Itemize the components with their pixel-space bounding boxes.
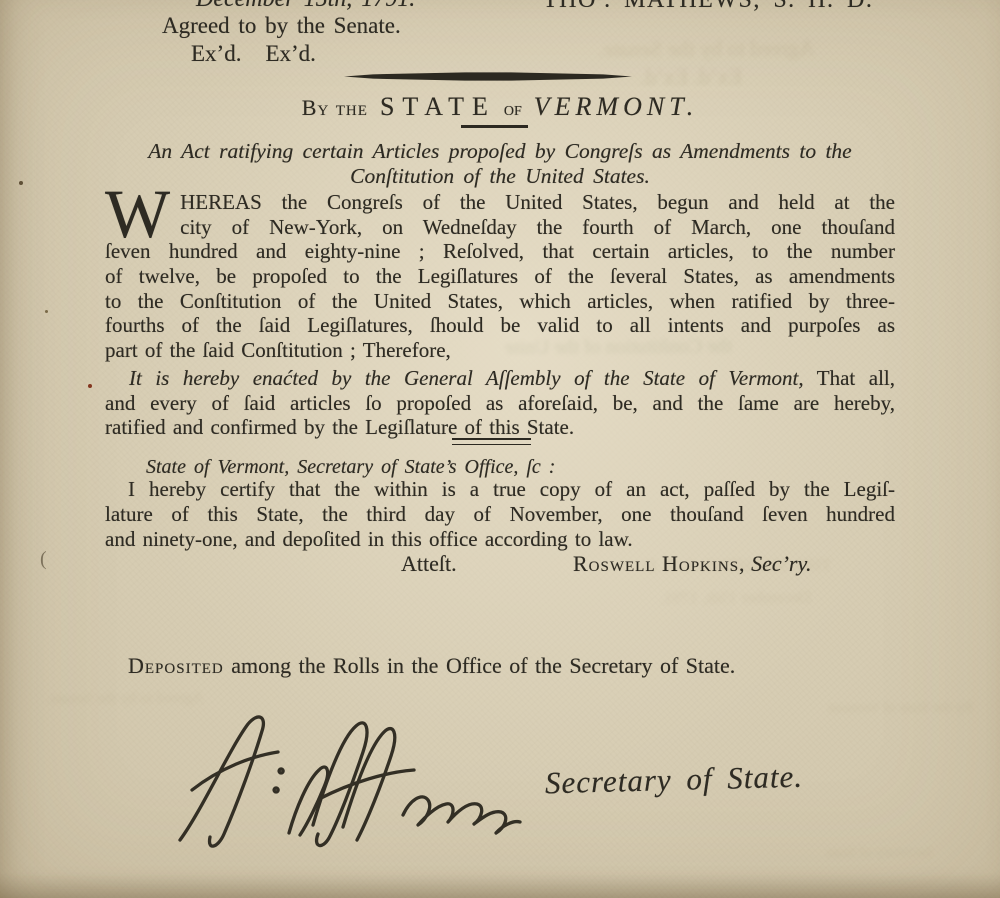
body-line: ſeven hundred and eighty-nine ; Reſolved… [105, 239, 895, 264]
stray-mark: ( [40, 548, 47, 571]
masthead-vermont: VERMONT. [534, 92, 698, 121]
certification-paragraph: I hereby certify that the within is a tr… [105, 477, 895, 552]
drop-cap: W [105, 190, 180, 239]
enacting-roman: That all, [804, 366, 895, 390]
agreed-line: Agreed to by the Senate. [162, 13, 401, 39]
secretary-name: Roswell Hopkins, [573, 551, 746, 576]
body-line: city of New-York, on Wedneſday the fourt… [105, 215, 895, 240]
jefferson-signature [172, 708, 524, 860]
body-line: It is hereby enaćted by the General Aſſe… [105, 366, 895, 391]
signature-title: Secretary of State. [545, 759, 804, 802]
bleedthrough-text: Ex’d. Ex’d. [640, 64, 742, 91]
office-line: State of Vermont, Secretary of State’s O… [146, 456, 555, 479]
bottom-shadow [0, 872, 1000, 898]
act-title-line1: An Act ratifying certain Articles propoſ… [0, 139, 1000, 164]
body-line: ratified and confirmed by the Legiſlatur… [105, 415, 895, 440]
deposited-rest: among the Rolls in the Office of the Sec… [224, 653, 736, 678]
ink-spot [88, 384, 92, 388]
deposited-lead: Deposited [128, 653, 224, 678]
masthead-by-the: By the [302, 95, 368, 120]
masthead-rule [461, 125, 528, 128]
signer-name-pre: THO [543, 0, 597, 13]
body-line: HEREAS the Congreſs of the United States… [105, 190, 895, 215]
bleedthrough-text: By the State of Vermont [828, 699, 973, 717]
bleedthrough-text: Agreed to by the Senate. [46, 689, 204, 708]
body-line: of twelve, be propoſed to the Legiſlatur… [105, 264, 895, 289]
body-line: I hereby certify that the within is a tr… [105, 477, 895, 502]
section-rule [452, 438, 531, 445]
masthead-of: of [504, 98, 522, 120]
paper-speck [45, 310, 48, 313]
bleedthrough-text: Agreed to by the Senate. [598, 35, 815, 63]
body-line: part of the ſaid Conſtitution ; Therefor… [105, 338, 895, 363]
swelled-rule [344, 72, 632, 81]
body-line: lature of this State, the third day of N… [105, 502, 895, 527]
date-line: December 15th, 1791. [196, 0, 415, 13]
body-line: and ninety-one, and depoſited in this of… [105, 527, 895, 552]
enacting-paragraph: It is hereby enaćted by the General Aſſe… [105, 366, 895, 440]
exd-right: Ex’d. [265, 41, 315, 66]
body-line: to the Conſtitution of the United States… [105, 289, 895, 314]
secretary-title-abbrev: Sec’ry. [751, 551, 811, 576]
body-line: and every of ſaid articles ſo propoſed a… [105, 391, 895, 416]
signer-name-post: . MATHEWS, S. H. D. [604, 0, 873, 13]
enacting-italic: It is hereby enaćted by the General Aſſe… [129, 366, 804, 390]
deposited-line: Deposited among the Rolls in the Office … [128, 653, 735, 679]
signer-line: THOs. MATHEWS, S. H. D. [543, 0, 873, 14]
bleedthrough-text: December 15th, 1791. [660, 587, 811, 608]
bleedthrough-text: Secretary of State [826, 845, 933, 863]
exd-left: Ex’d. [191, 41, 241, 66]
masthead-state: STATE [380, 92, 496, 121]
masthead: By the STATE of VERMONT. [0, 92, 1000, 122]
exd-line: Ex’d.Ex’d. [191, 41, 316, 67]
attest-label: Atteſt. [401, 551, 457, 577]
body-line: fourths of the ſaid Legiſlatures, ſhould… [105, 313, 895, 338]
whereas-paragraph: W HEREAS the Congreſs of the United Stat… [105, 190, 895, 363]
document-page: Agreed to by the Senate. Ex’d. Ex’d. the… [0, 0, 1000, 898]
secretary-attest: Roswell Hopkins, Sec’ry. [573, 551, 812, 577]
